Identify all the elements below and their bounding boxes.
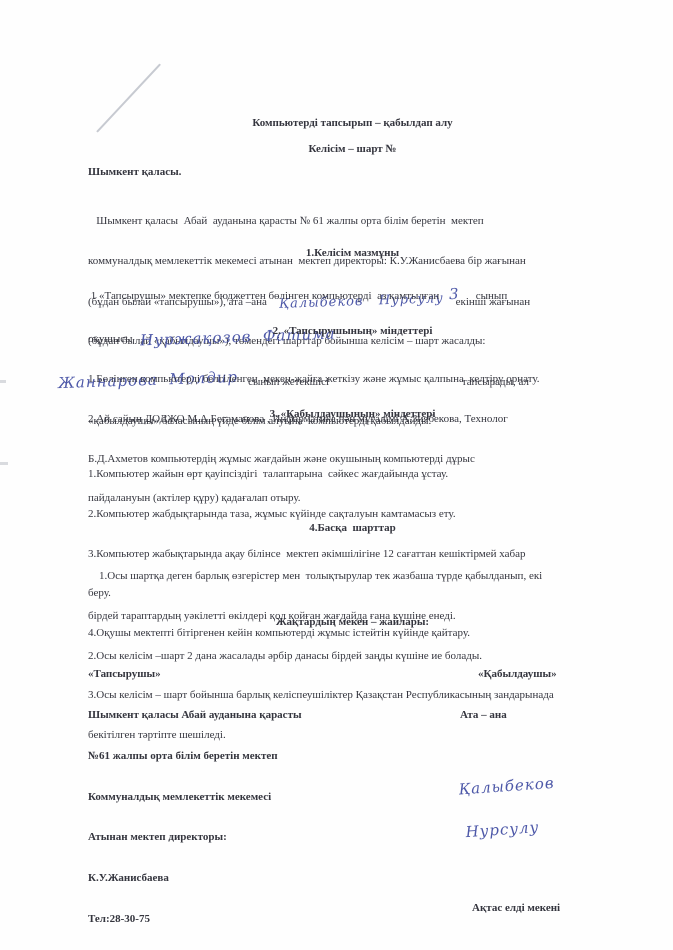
intro-line-1: Шымкент қаласы Абай ауданына қарасты № 6… <box>88 215 617 228</box>
section-2-heading: 2. «Тапсырушының» міндеттері <box>88 325 617 338</box>
receiver-subtitle: Ата – ана <box>460 708 617 722</box>
receiver-title: «Қабылдаушы» <box>460 667 617 681</box>
supplier-column: «Тапсырушы» Шымкент қаласы Абай ауданына… <box>88 641 460 950</box>
document-title: Компьютерді тапсырып – қабылдап алу <box>88 117 617 130</box>
supplier-address-1: Шымкент қаласы Абай ауданына қарасты <box>88 708 460 722</box>
contract-number-line: Келісім – шарт № <box>88 143 617 156</box>
supplier-address-2: №61 жалпы орта білім беретін мектеп <box>88 749 460 763</box>
supplier-phone: Тел:28-30-75 <box>88 912 460 926</box>
supplier-role: Атынан мектеп директоры: <box>88 830 460 844</box>
section-2-line: 1.Бөлінген компьютерді белгіленген мекен… <box>88 373 617 386</box>
section-3-line: 2.Компьютер жабдықтарында таза, жұмыс кү… <box>88 508 617 521</box>
receiver-column: «Қабылдаушы» Ата – ана Қалыбеков Нурсулу… <box>460 641 617 950</box>
section-1-line-1: 1 «Тапсырушы» мектепке бюджеттен бөлінге… <box>88 287 617 303</box>
class-number-handwritten: 3 <box>449 287 460 303</box>
supplier-title: «Тапсырушы» <box>88 667 460 681</box>
section-1-line-1-end: сынып <box>476 290 507 302</box>
supplier-address-3: Коммуналдық мемлекеттік мекемесі <box>88 790 460 804</box>
supplier-director-name: К.У.Жанисбаева <box>88 871 460 885</box>
section-4-heading: 4.Басқа шарттар <box>88 522 617 535</box>
signature-handwritten-line-2: Нурсулу <box>465 820 540 840</box>
receiver-signature: Қалыбеков Нурсулу <box>456 745 620 867</box>
parties-addresses: «Тапсырушы» Шымкент қаласы Абай ауданына… <box>88 641 617 950</box>
scan-edge-artifact <box>0 462 8 465</box>
receiver-place: Ақтас елді мекені <box>460 901 617 915</box>
footer-heading: Жақтардың мекен – жайлары: <box>88 616 617 629</box>
section-1-heading: 1.Келісім мазмұны <box>88 247 617 260</box>
scan-edge-artifact <box>0 380 6 383</box>
section-3-line: 1.Компьютер жайын өрт қауіпсіздігі талап… <box>88 468 617 481</box>
section-4-line: 1.Осы шартқа деген барлық өзгерістер мен… <box>88 570 617 583</box>
signature-handwritten-line-1: Қалыбеков <box>458 776 555 798</box>
city-line: Шымкент қаласы. <box>88 166 617 179</box>
scanned-contract-page: Компьютерді тапсырып – қабылдап алу Келі… <box>0 0 673 950</box>
section-1-line-1-text: 1 «Тапсырушы» мектепке бюджеттен бөлінге… <box>88 290 439 302</box>
section-3-heading: 3. «Қабылдаушының» міндеттері <box>88 408 617 421</box>
